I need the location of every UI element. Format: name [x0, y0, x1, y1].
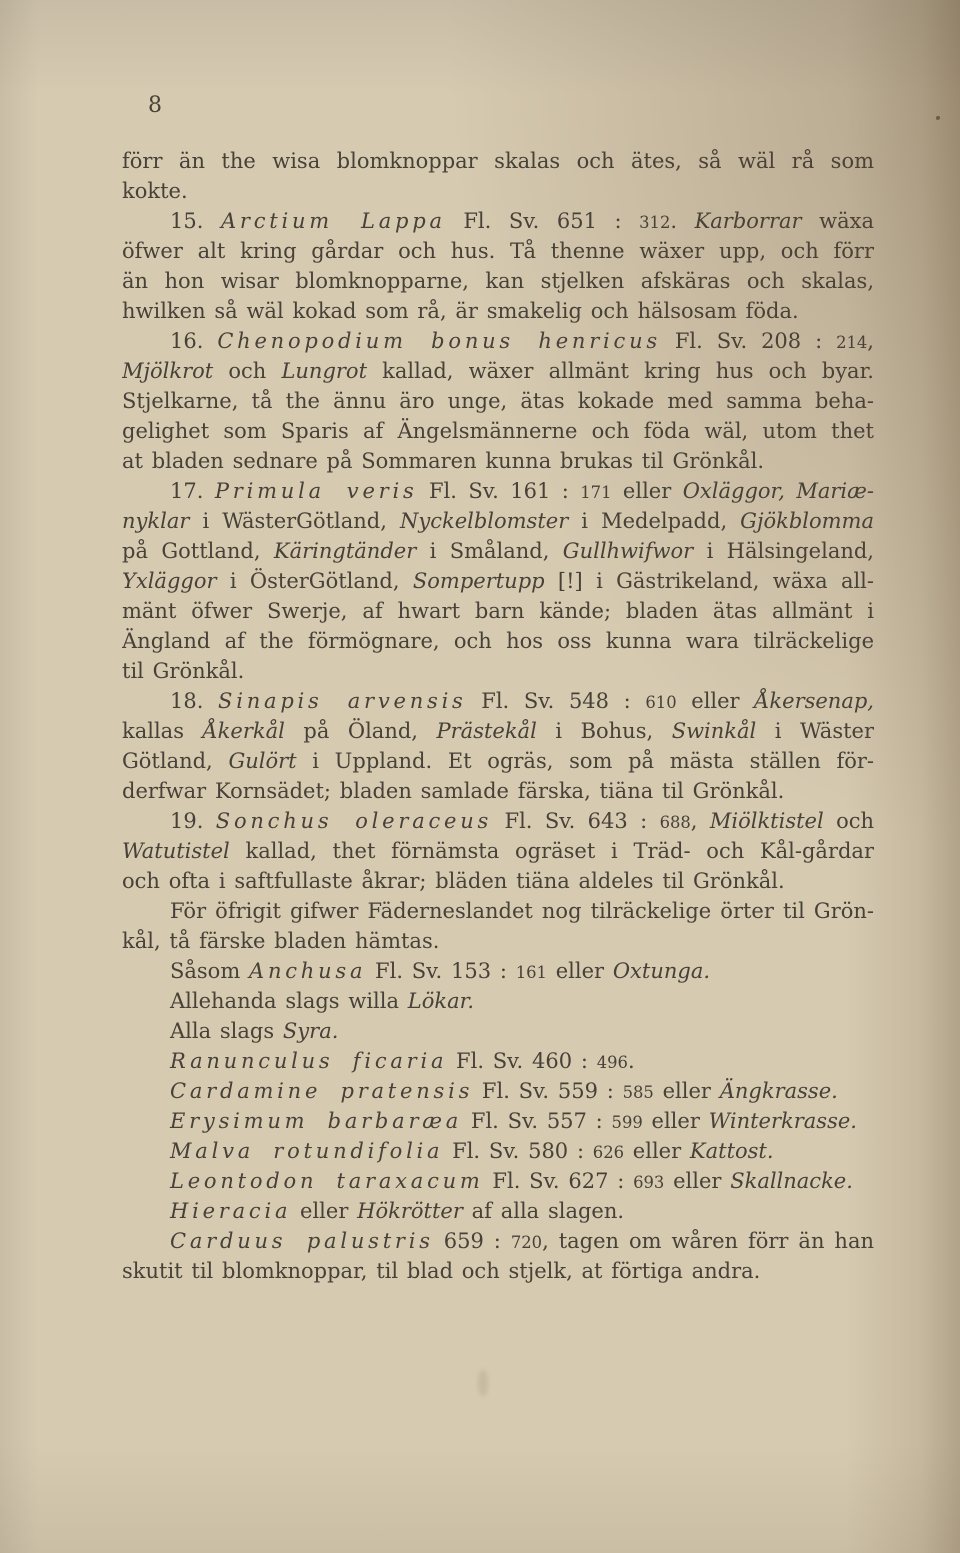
- text-segment-normal: än hon wisar blomknopparne, kan stjelken…: [122, 269, 874, 293]
- text-segment-normal: derfwar Kornsädet; bladen samlade färska…: [122, 779, 784, 803]
- paragraph: Alla slags Syra.: [122, 1016, 874, 1046]
- text-segment-normal: Fl. Sv. 580 :: [443, 1139, 592, 1163]
- book-page-scan: 8 förr än the wisa blomknoppar skalas oc…: [0, 0, 960, 1553]
- text-segment-binomial: Sonchus oleraceus: [216, 809, 492, 833]
- text-segment-normal: kallas: [122, 719, 203, 743]
- text-line: Malva rotundifolia Fl. Sv. 580 : 626 ell…: [122, 1136, 874, 1166]
- text-line: Mjölkrot och Lungrot kallad, wäxer allmä…: [122, 356, 874, 386]
- text-segment-small: 214: [836, 333, 867, 352]
- paragraph: Leontodon taraxacum Fl. Sv. 627 : 693 el…: [122, 1166, 874, 1196]
- text-segment-normal: Fl. Sv. 460 :: [447, 1049, 596, 1073]
- text-segment-binomial: Erysimum barbaræa: [170, 1109, 462, 1133]
- text-line: hwilken så wäl kokad som rå, är smakelig…: [122, 296, 874, 326]
- text-segment-italic: Oxläggor, Mariæ-: [683, 479, 874, 503]
- text-segment-italic: Åkerkål: [203, 719, 285, 743]
- text-segment-normal: eller: [677, 689, 755, 713]
- text-segment-normal: i Wäster: [756, 719, 874, 743]
- text-line: Ranunculus ficaria Fl. Sv. 460 : 496.: [122, 1046, 874, 1076]
- text-segment-italic: Hökrötter: [357, 1199, 463, 1223]
- text-line: Stjelkarne, tå the ännu äro unge, ätas k…: [122, 386, 874, 416]
- text-line: på Gottland, Käringtänder i Småland, Gul…: [122, 536, 874, 566]
- text-segment-italic: Gjökblomma: [740, 509, 874, 533]
- text-segment-normal: ,: [691, 809, 710, 833]
- text-segment-normal: på Gottland,: [122, 539, 274, 563]
- text-segment-binomial: Arctium Lappa: [221, 209, 446, 233]
- text-segment-small: 688: [660, 813, 691, 832]
- text-segment-normal: i Småland,: [416, 539, 563, 563]
- text-segment-normal: kål, tå färske bladen hämtas.: [122, 929, 439, 953]
- text-segment-normal: Alla slags: [170, 1019, 283, 1043]
- text-segment-italic: Ängkrasse.: [720, 1079, 838, 1103]
- text-segment-normal: [!] i Gästrikeland, wäxa all-: [545, 569, 874, 593]
- paragraph: Såsom Anchusa Fl. Sv. 153 : 161 eller Ox…: [122, 956, 874, 986]
- text-segment-italic: Gulört: [228, 749, 296, 773]
- text-segment-normal: i Uppland. Et ogräs, som på mästa ställe…: [297, 749, 874, 773]
- text-segment-binomial: Cardamine pratensis: [170, 1079, 473, 1103]
- paper-speck: [936, 116, 940, 120]
- paragraph: Ranunculus ficaria Fl. Sv. 460 : 496.: [122, 1046, 874, 1076]
- text-segment-binomial: Chenopodium bonus henricus: [217, 329, 661, 353]
- text-segment-italic: Yxläggor: [122, 569, 217, 593]
- text-segment-normal: eller: [547, 959, 613, 983]
- text-segment-normal: i ÖsterGötland,: [217, 569, 413, 593]
- paragraph: 19. Sonchus oleraceus Fl. Sv. 643 : 688,…: [122, 806, 874, 896]
- text-segment-normal: Fl. Sv. 208 :: [661, 329, 836, 353]
- text-segment-normal: kallad, thet förnämsta ogräset i Träd- o…: [230, 839, 874, 863]
- paragraph: 17. Primula veris Fl. Sv. 161 : 171 elle…: [122, 476, 874, 686]
- text-segment-normal: kokte.: [122, 179, 188, 203]
- text-segment-normal: af alla slagen.: [463, 1199, 624, 1223]
- text-segment-italic: Kattost.: [690, 1139, 774, 1163]
- text-segment-normal: , tagen om wåren förr än han: [542, 1229, 874, 1253]
- text-segment-small: 599: [612, 1113, 643, 1132]
- text-segment-italic: Lungrot: [281, 359, 367, 383]
- text-segment-normal: Fl. Sv. 559 :: [473, 1079, 622, 1103]
- text-line: 15. Arctium Lappa Fl. Sv. 651 : 312. Kar…: [122, 206, 874, 236]
- text-segment-italic: Winterkrasse.: [709, 1109, 857, 1133]
- text-segment-normal: Fl. Sv. 153 :: [366, 959, 515, 983]
- text-segment-normal: 17.: [170, 479, 215, 503]
- text-segment-normal: at bladen sednare på Sommaren kunna bruk…: [122, 449, 764, 473]
- text-segment-italic: Lökar.: [408, 989, 474, 1013]
- text-segment-normal: i Medelpadd,: [568, 509, 740, 533]
- text-segment-normal: Götland,: [122, 749, 228, 773]
- text-line: 17. Primula veris Fl. Sv. 161 : 171 elle…: [122, 476, 874, 506]
- text-segment-normal: i WästerGötland,: [189, 509, 400, 533]
- text-line: Ängland af the förmögnare, och hos oss k…: [122, 626, 874, 656]
- page-number: 8: [148, 92, 874, 120]
- text-segment-normal: Allehanda slags willa: [170, 989, 408, 1013]
- text-segment-normal: i Bohus,: [537, 719, 672, 743]
- text-segment-binomial: Malva rotundifolia: [170, 1139, 443, 1163]
- text-line: Allehanda slags willa Lökar.: [122, 986, 874, 1016]
- text-line: gelighet som Sparis af Ängelsmännerne oc…: [122, 416, 874, 446]
- text-line: Yxläggor i ÖsterGötland, Sompertupp [!] …: [122, 566, 874, 596]
- text-segment-normal: Fl. Sv. 643 :: [492, 809, 659, 833]
- text-segment-normal: Ängland af the förmögnare, och hos oss k…: [122, 629, 874, 653]
- text-segment-normal: 19.: [170, 809, 216, 833]
- text-line: 19. Sonchus oleraceus Fl. Sv. 643 : 688,…: [122, 806, 874, 836]
- text-segment-italic: Nyckelblomster: [400, 509, 568, 533]
- text-line: Cardamine pratensis Fl. Sv. 559 : 585 el…: [122, 1076, 874, 1106]
- paragraph: 16. Chenopodium bonus henricus Fl. Sv. 2…: [122, 326, 874, 476]
- text-segment-normal: i Hälsingeland,: [693, 539, 874, 563]
- paragraph: förr än the wisa blomknoppar skalas och …: [122, 146, 874, 206]
- text-line: Leontodon taraxacum Fl. Sv. 627 : 693 el…: [122, 1166, 874, 1196]
- text-segment-normal: Såsom: [170, 959, 249, 983]
- text-segment-italic: Käringtänder: [274, 539, 416, 563]
- text-segment-small: 626: [593, 1143, 624, 1162]
- text-segment-normal: eller: [291, 1199, 357, 1223]
- text-line: Watutistel kallad, thet förnämsta ogräse…: [122, 836, 874, 866]
- text-block: 8 förr än the wisa blomknoppar skalas oc…: [122, 92, 874, 1286]
- text-line: öfwer alt kring gårdar och hus. Tå thenn…: [122, 236, 874, 266]
- text-segment-normal: eller: [643, 1109, 709, 1133]
- text-line: 18. Sinapis arvensis Fl. Sv. 548 : 610 e…: [122, 686, 874, 716]
- text-line: til Grönkål.: [122, 656, 874, 686]
- text-segment-small: 496: [597, 1053, 628, 1072]
- text-segment-normal: .: [628, 1049, 635, 1073]
- text-line: kokte.: [122, 176, 874, 206]
- text-segment-normal: eller: [612, 479, 683, 503]
- text-line: och ofta i saftfullaste åkrar; bläden ti…: [122, 866, 874, 896]
- text-segment-normal: på Öland,: [285, 719, 437, 743]
- paragraph: För öfrigit gifwer Fäderneslandet nog ti…: [122, 896, 874, 956]
- text-segment-italic: Prästekål: [437, 719, 537, 743]
- text-segment-normal: Fl. Sv. 627 :: [484, 1169, 633, 1193]
- text-segment-normal: eller: [624, 1139, 690, 1163]
- text-segment-normal: öfwer alt kring gårdar och hus. Tå thenn…: [122, 239, 874, 263]
- text-segment-binomial: Carduus palustris: [170, 1229, 434, 1253]
- text-segment-italic: nyklar: [122, 509, 189, 533]
- text-segment-italic: Miölktistel: [710, 809, 824, 833]
- paper-smudge: [478, 1370, 488, 1396]
- text-line: Såsom Anchusa Fl. Sv. 153 : 161 eller Ox…: [122, 956, 874, 986]
- text-segment-normal: förr än the wisa blomknoppar skalas och …: [122, 149, 874, 173]
- text-line: Götland, Gulört i Uppland. Et ogräs, som…: [122, 746, 874, 776]
- text-segment-italic: Skallnacke.: [730, 1169, 853, 1193]
- text-segment-normal: 659 :: [434, 1229, 511, 1253]
- text-segment-italic: Gullhwifwor: [563, 539, 693, 563]
- text-segment-italic: Watutistel: [122, 839, 230, 863]
- paragraph: 18. Sinapis arvensis Fl. Sv. 548 : 610 e…: [122, 686, 874, 806]
- text-segment-italic: Åkersenap,: [754, 689, 874, 713]
- text-segment-small: 312: [639, 213, 670, 232]
- text-segment-normal: och ofta i saftfullaste åkrar; bläden ti…: [122, 869, 785, 893]
- text-segment-normal: wäxa: [802, 209, 874, 233]
- text-line: skutit til blomknoppar, til blad och stj…: [122, 1256, 874, 1286]
- text-segment-italic: Mjölkrot: [122, 359, 213, 383]
- paragraph: Hieracia eller Hökrötter af alla slagen.: [122, 1196, 874, 1226]
- text-line: kål, tå färske bladen hämtas.: [122, 926, 874, 956]
- text-segment-binomial: Leontodon taraxacum: [170, 1169, 484, 1193]
- text-segment-normal: Stjelkarne, tå the ännu äro unge, ätas k…: [122, 389, 874, 413]
- text-segment-italic: Sompertupp: [413, 569, 545, 593]
- text-segment-binomial: Ranunculus ficaria: [170, 1049, 447, 1073]
- text-segment-normal: .: [670, 209, 694, 233]
- text-segment-binomial: Anchusa: [249, 959, 366, 983]
- text-segment-normal: ,: [867, 329, 874, 353]
- text-segment-normal: mänt öfwer Swerje, af hwart barn kände; …: [122, 599, 874, 623]
- text-line: än hon wisar blomknopparne, kan stjelken…: [122, 266, 874, 296]
- text-line: Alla slags Syra.: [122, 1016, 874, 1046]
- text-segment-normal: och: [213, 359, 281, 383]
- text-line: Carduus palustris 659 : 720, tagen om wå…: [122, 1226, 874, 1256]
- text-segment-normal: Fl. Sv. 557 :: [462, 1109, 611, 1133]
- text-segment-small: 171: [580, 483, 611, 502]
- text-segment-normal: Fl. Sv. 161 :: [418, 479, 581, 503]
- text-line: 16. Chenopodium bonus henricus Fl. Sv. 2…: [122, 326, 874, 356]
- text-segment-normal: För öfrigit gifwer Fäderneslandet nog ti…: [170, 899, 874, 923]
- paragraph: 15. Arctium Lappa Fl. Sv. 651 : 312. Kar…: [122, 206, 874, 326]
- text-segment-italic: Oxtunga.: [613, 959, 710, 983]
- text-segment-italic: Karborrar: [695, 209, 802, 233]
- text-segment-normal: eller: [664, 1169, 730, 1193]
- text-line: Hieracia eller Hökrötter af alla slagen.: [122, 1196, 874, 1226]
- paragraph: Erysimum barbaræa Fl. Sv. 557 : 599 elle…: [122, 1106, 874, 1136]
- text-segment-normal: skutit til blomknoppar, til blad och stj…: [122, 1259, 760, 1283]
- text-segment-small: 585: [623, 1083, 654, 1102]
- paragraph: Carduus palustris 659 : 720, tagen om wå…: [122, 1226, 874, 1286]
- text-line: förr än the wisa blomknoppar skalas och …: [122, 146, 874, 176]
- text-segment-binomial: Sinapis arvensis: [218, 689, 467, 713]
- paragraph: Malva rotundifolia Fl. Sv. 580 : 626 ell…: [122, 1136, 874, 1166]
- text-line: mänt öfwer Swerje, af hwart barn kände; …: [122, 596, 874, 626]
- text-segment-small: 720: [511, 1233, 542, 1252]
- text-segment-normal: 16.: [170, 329, 217, 353]
- text-segment-small: 693: [633, 1173, 664, 1192]
- text-line: För öfrigit gifwer Fäderneslandet nog ti…: [122, 896, 874, 926]
- text-segment-small: 610: [645, 693, 676, 712]
- text-segment-normal: 18.: [170, 689, 218, 713]
- text-segment-italic: Syra.: [283, 1019, 338, 1043]
- text-segment-normal: gelighet som Sparis af Ängelsmännerne oc…: [122, 419, 874, 443]
- text-segment-normal: eller: [654, 1079, 720, 1103]
- text-segment-normal: Fl. Sv. 548 :: [467, 689, 646, 713]
- text-line: derfwar Kornsädet; bladen samlade färska…: [122, 776, 874, 806]
- text-segment-normal: til Grönkål.: [122, 659, 244, 683]
- paragraph: Allehanda slags willa Lökar.: [122, 986, 874, 1016]
- text-segment-binomial: Primula veris: [215, 479, 418, 503]
- text-segment-normal: 15.: [170, 209, 221, 233]
- paragraph: Cardamine pratensis Fl. Sv. 559 : 585 el…: [122, 1076, 874, 1106]
- text-segment-small: 161: [516, 963, 547, 982]
- text-line: kallas Åkerkål på Öland, Prästekål i Boh…: [122, 716, 874, 746]
- text-segment-binomial: Hieracia: [170, 1199, 291, 1223]
- text-line: at bladen sednare på Sommaren kunna bruk…: [122, 446, 874, 476]
- text-line: nyklar i WästerGötland, Nyckelblomster i…: [122, 506, 874, 536]
- text-segment-normal: Fl. Sv. 651 :: [446, 209, 639, 233]
- text-segment-normal: kallad, wäxer allmänt kring hus och byar…: [367, 359, 874, 383]
- text-segment-normal: och: [824, 809, 874, 833]
- text-segment-normal: hwilken så wäl kokad som rå, är smakelig…: [122, 299, 799, 323]
- text-line: Erysimum barbaræa Fl. Sv. 557 : 599 elle…: [122, 1106, 874, 1136]
- text-segment-italic: Swinkål: [672, 719, 757, 743]
